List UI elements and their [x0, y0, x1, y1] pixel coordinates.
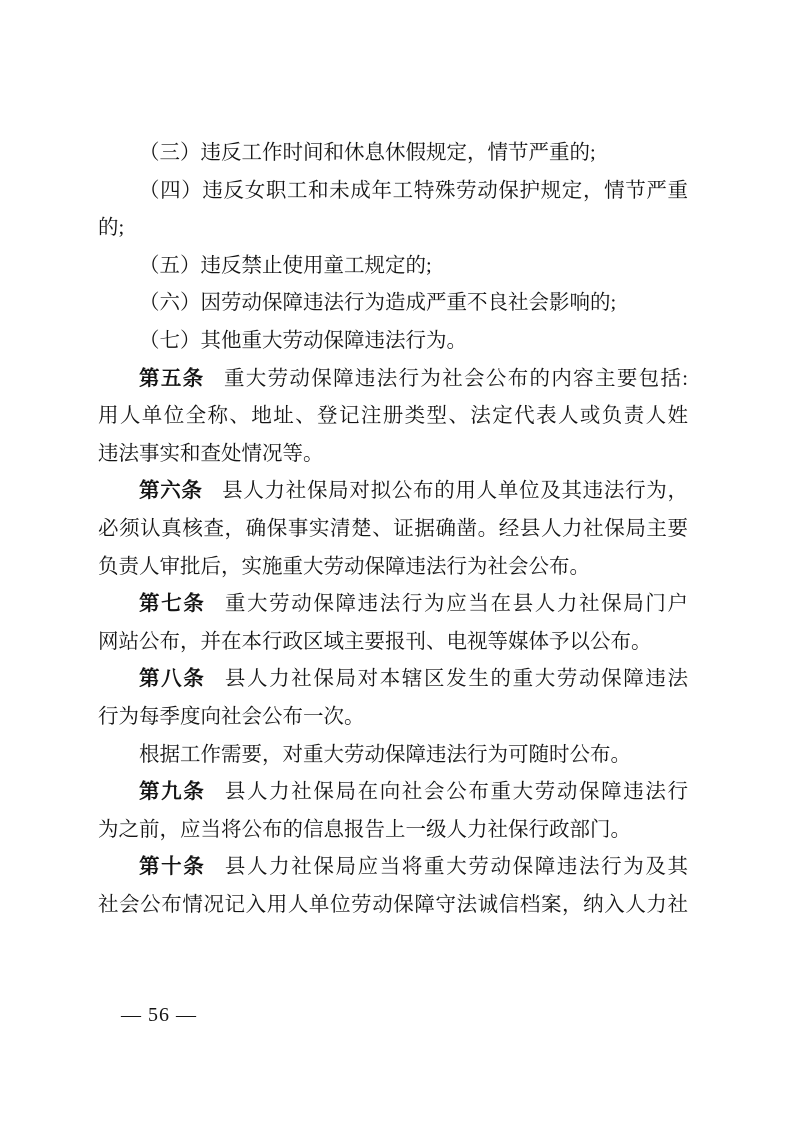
text-line: 根据工作需要，对重大劳动保障违法行为可随时公布。 — [98, 737, 688, 775]
line-text: 为之前，应当将公布的信息报告上一级人力社保行政部门。 — [98, 819, 631, 841]
line-text: （四）违反女职工和未成年工特殊劳动保护规定，情节严重 — [139, 180, 688, 202]
text-line: 行为每季度向社会公布一次。 — [98, 699, 688, 737]
text-line: 第十条县人力社保局应当将重大劳动保障违法行为及其 — [98, 849, 688, 887]
line-text: 县人力社保局应当将重大劳动保障违法行为及其 — [225, 856, 688, 878]
line-text: 根据工作需要，对重大劳动保障违法行为可随时公布。 — [139, 744, 631, 766]
line-text: 行为每季度向社会公布一次。 — [98, 706, 365, 728]
text-line: 违法事实和查处情况等。 — [98, 436, 688, 474]
article-number: 第十条 — [139, 856, 205, 878]
line-text: 网站公布，并在本行政区域主要报刊、电视等媒体予以公布。 — [98, 631, 652, 653]
page-footer: — 56 — — [121, 1001, 197, 1029]
article-number: 第九条 — [139, 781, 205, 803]
line-text: 县人力社保局对拟公布的用人单位及其违法行为， — [222, 480, 688, 502]
line-text: 必须认真核查，确保事实清楚、证据确凿。经县人力社保局主要 — [98, 518, 688, 540]
line-text: 重大劳动保障违法行为应当在县人力社保局门户 — [225, 593, 688, 615]
text-line: （三）违反工作时间和休息休假规定，情节严重的; — [98, 135, 688, 173]
text-line: 为之前，应当将公布的信息报告上一级人力社保行政部门。 — [98, 812, 688, 850]
text-line: 用人单位全称、地址、登记注册类型、法定代表人或负责人姓名、 — [98, 398, 688, 436]
line-text: 负责人审批后，实施重大劳动保障违法行为社会公布。 — [98, 556, 590, 578]
text-line: （四）违反女职工和未成年工特殊劳动保护规定，情节严重 — [98, 173, 688, 211]
article-number: 第六条 — [139, 480, 203, 502]
article-number: 第五条 — [139, 368, 204, 390]
line-text: 违法事实和查处情况等。 — [98, 443, 324, 465]
text-line: 负责人审批后，实施重大劳动保障违法行为社会公布。 — [98, 549, 688, 587]
line-text: 重大劳动保障违法行为社会公布的内容主要包括: — [224, 368, 688, 390]
article-number: 第八条 — [139, 668, 205, 690]
document-body: （三）违反工作时间和休息休假规定，情节严重的;（四）违反女职工和未成年工特殊劳动… — [98, 135, 688, 924]
article-number: 第七条 — [139, 593, 205, 615]
text-line: （六）因劳动保障违法行为造成严重不良社会影响的; — [98, 285, 688, 323]
line-text: 的; — [98, 217, 124, 239]
text-line: 第六条县人力社保局对拟公布的用人单位及其违法行为， — [98, 473, 688, 511]
text-line: （五）违反禁止使用童工规定的; — [98, 248, 688, 286]
text-line: 必须认真核查，确保事实清楚、证据确凿。经县人力社保局主要 — [98, 511, 688, 549]
text-line: 第八条县人力社保局对本辖区发生的重大劳动保障违法 — [98, 661, 688, 699]
page-number: — 56 — — [121, 1004, 197, 1026]
text-line: （七）其他重大劳动保障违法行为。 — [98, 323, 688, 361]
document-page: （三）违反工作时间和休息休假规定，情节严重的;（四）违反女职工和未成年工特殊劳动… — [0, 0, 794, 1123]
line-text: 用人单位全称、地址、登记注册类型、法定代表人或负责人姓名、 — [98, 405, 688, 436]
text-line: 第七条重大劳动保障违法行为应当在县人力社保局门户 — [98, 586, 688, 624]
line-text: （三）违反工作时间和休息休假规定，情节严重的; — [139, 142, 596, 164]
text-line: 的; — [98, 210, 688, 248]
text-line: 社会公布情况记入用人单位劳动保障守法诚信档案，纳入人力社 — [98, 887, 688, 925]
text-line: 网站公布，并在本行政区域主要报刊、电视等媒体予以公布。 — [98, 624, 688, 662]
line-text: （五）违反禁止使用童工规定的; — [139, 255, 432, 277]
text-line: 第九条县人力社保局在向社会公布重大劳动保障违法行 — [98, 774, 688, 812]
line-text: 县人力社保局在向社会公布重大劳动保障违法行 — [225, 781, 688, 803]
text-line: 第五条重大劳动保障违法行为社会公布的内容主要包括: — [98, 361, 688, 399]
line-text: 县人力社保局对本辖区发生的重大劳动保障违法 — [225, 668, 688, 690]
line-text: （七）其他重大劳动保障违法行为。 — [139, 330, 467, 352]
line-text: （六）因劳动保障违法行为造成严重不良社会影响的; — [139, 292, 616, 314]
line-text: 社会公布情况记入用人单位劳动保障守法诚信档案，纳入人力社 — [98, 894, 688, 916]
